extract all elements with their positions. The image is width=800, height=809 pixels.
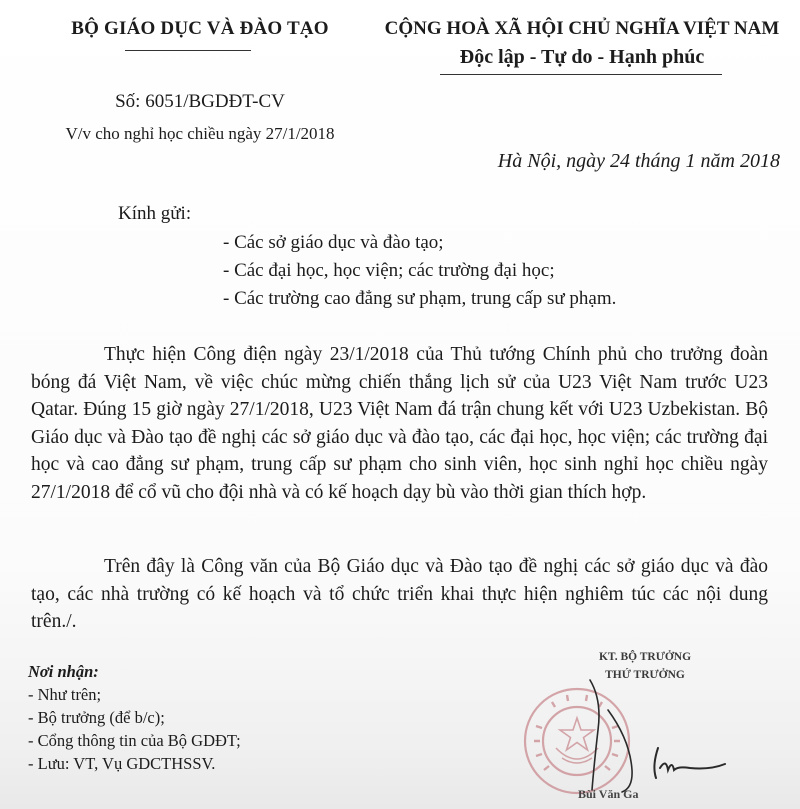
recipient-item: - Các đại học, học viện; các trường đại … bbox=[223, 257, 616, 285]
body-paragraph-1: Thực hiện Công điện ngày 23/1/2018 của T… bbox=[31, 341, 768, 506]
signature-title-line-1: KT. BỘ TRƯỞNG bbox=[520, 648, 770, 666]
receiver-item: - Như trên; bbox=[28, 683, 241, 706]
recipients-label: Kính gửi: bbox=[118, 203, 191, 225]
receiver-item: - Cổng thông tin của Bộ GDĐT; bbox=[28, 729, 241, 752]
recipient-item: - Các sở giáo dục và đào tạo; bbox=[223, 229, 616, 257]
handwritten-signature-icon bbox=[560, 670, 730, 800]
receiver-item: - Lưu: VT, Vụ GDCTHSSV. bbox=[28, 752, 241, 775]
motto-underline bbox=[440, 74, 722, 75]
receivers-list: - Như trên; - Bộ trưởng (để b/c); - Cổng… bbox=[28, 683, 241, 775]
national-title: CỘNG HOÀ XÃ HỘI CHỦ NGHĨA VIỆT NAM bbox=[372, 18, 792, 40]
receiver-item: - Bộ trưởng (để b/c); bbox=[28, 706, 241, 729]
receivers-title: Nơi nhận: bbox=[28, 660, 241, 683]
receivers-block: Nơi nhận: - Như trên; - Bộ trưởng (để b/… bbox=[28, 660, 241, 775]
organization-underline bbox=[125, 50, 251, 51]
document-subject: V/v cho nghỉ học chiều ngày 27/1/2018 bbox=[0, 124, 400, 144]
document-number: Số: 6051/BGDĐT-CV bbox=[0, 91, 400, 113]
signer-name: Bùi Văn Ga bbox=[578, 787, 638, 802]
national-motto: Độc lập - Tự do - Hạnh phúc bbox=[372, 46, 792, 69]
place-and-date: Hà Nội, ngày 24 tháng 1 năm 2018 bbox=[498, 150, 780, 173]
issuing-organization: BỘ GIÁO DỤC VÀ ĐÀO TẠO bbox=[0, 18, 400, 40]
recipients-list: - Các sở giáo dục và đào tạo; - Các đại … bbox=[223, 229, 616, 313]
recipient-item: - Các trường cao đẳng sư phạm, trung cấp… bbox=[223, 285, 616, 313]
body-paragraph-2: Trên đây là Công văn của Bộ Giáo dục và … bbox=[31, 553, 768, 636]
